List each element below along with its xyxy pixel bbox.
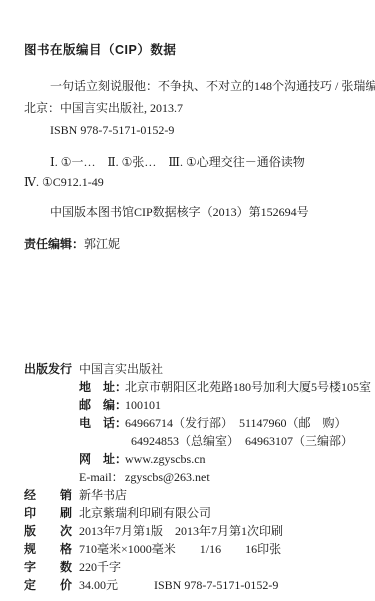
cip-record-line-3: ISBN 978-7-5171-0152-9: [24, 119, 365, 141]
pub-row-email: E-mail： zgyscbs@263.net: [0, 468, 375, 486]
pub-row-publisher: 出版发行 中国言实出版社: [0, 360, 375, 378]
pub-value-address: 北京市朝阳区北苑路180号加利大厦5号楼105室: [125, 378, 371, 396]
cip-record-line-1: 一句话立刻说服他：不争执、不对立的148个沟通技巧 / 张瑞编著. —: [24, 75, 365, 97]
pub-label-format: 规 格: [24, 540, 73, 558]
cip-record-number: 中国版本图书馆CIP数据核字（2013）第152694号: [24, 202, 365, 222]
editor-label: 责任编辑：: [24, 237, 84, 251]
pub-row-edition: 版 次 2013年7月第1版 2013年7月第1次印刷: [0, 522, 375, 540]
copyright-page: 图书在版编目（CIP）数据 一句话立刻说服他：不争执、不对立的148个沟通技巧 …: [0, 0, 375, 601]
pub-label-address: 地 址：: [79, 378, 125, 396]
pub-label-price: 定 价: [24, 576, 73, 594]
pub-value-printer: 北京紫瑞利印刷有限公司: [79, 504, 211, 522]
pub-value-publisher: 中国言实出版社: [79, 360, 163, 378]
cip-classification-line-1: Ⅰ. ①一… Ⅱ. ①张… Ⅲ. ①心理交往－通俗读物: [24, 152, 365, 172]
cip-classification: Ⅰ. ①一… Ⅱ. ①张… Ⅲ. ①心理交往－通俗读物 Ⅳ. ①C912.1-4…: [24, 152, 365, 192]
pub-label-postcode: 邮 编：: [79, 396, 125, 414]
pub-value-edition: 2013年7月第1版 2013年7月第1次印刷: [79, 522, 283, 540]
pub-row-phone-2: 64924853（总编室） 64963107（三编部）: [0, 432, 375, 450]
pub-value-email: zgyscbs@263.net: [125, 468, 210, 486]
pub-row-phone: 电 话： 64966714（发行部） 51147960（邮 购）: [0, 414, 375, 432]
pub-label-distributor: 经 销: [24, 486, 73, 504]
pub-value-distributor: 新华书店: [79, 486, 127, 504]
pub-row-wordcount: 字 数 220千字: [0, 558, 375, 576]
pub-row-address: 地 址： 北京市朝阳区北苑路180号加利大厦5号楼105室: [0, 378, 375, 396]
pub-value-phone-2: 64924853（总编室） 64963107（三编部）: [131, 432, 353, 450]
pub-row-distributor: 经 销 新华书店: [0, 486, 375, 504]
pub-label-wordcount: 字 数: [24, 558, 73, 576]
editor-line: 责任编辑：郭江妮: [24, 234, 365, 254]
pub-value-format: 710毫米×1000毫米 1/16 16印张: [79, 540, 281, 558]
editor-name: 郭江妮: [84, 237, 120, 251]
pub-row-postcode: 邮 编： 100101: [0, 396, 375, 414]
cip-record-paragraph: 一句话立刻说服他：不争执、不对立的148个沟通技巧 / 张瑞编著. — 北京：中…: [24, 75, 365, 141]
pub-label-edition: 版 次: [24, 522, 73, 540]
pub-value-postcode: 100101: [125, 396, 161, 414]
pub-label-publisher: 出版发行: [24, 360, 73, 378]
pub-label-phone: 电 话：: [79, 414, 125, 432]
pub-row-format: 规 格 710毫米×1000毫米 1/16 16印张: [0, 540, 375, 558]
cip-block: 图书在版编目（CIP）数据 一句话立刻说服他：不争执、不对立的148个沟通技巧 …: [24, 0, 365, 254]
pub-value-phone: 64966714（发行部） 51147960（邮 购）: [125, 414, 347, 432]
cip-record-number-row: 中国版本图书馆CIP数据核字（2013）第152694号: [24, 202, 365, 222]
pub-label-website: 网 址：: [79, 450, 125, 468]
pub-row-website: 网 址： www.zgyscbs.cn: [0, 450, 375, 468]
pub-label-printer: 印 刷: [24, 504, 73, 522]
cip-record-line-2: 北京：中国言实出版社, 2013.7: [24, 97, 365, 119]
pub-value-wordcount: 220千字: [79, 558, 121, 576]
publishing-info-block: 出版发行 中国言实出版社 地 址： 北京市朝阳区北苑路180号加利大厦5号楼10…: [0, 356, 375, 594]
cip-heading: 图书在版编目（CIP）数据: [24, 40, 365, 58]
pub-row-price: 定 价 34.00元 ISBN 978-7-5171-0152-9: [0, 576, 375, 594]
pub-value-website: www.zgyscbs.cn: [125, 450, 206, 468]
cip-classification-line-2: Ⅳ. ①C912.1-49: [24, 172, 365, 192]
pub-value-price: 34.00元 ISBN 978-7-5171-0152-9: [79, 576, 278, 594]
pub-row-printer: 印 刷 北京紫瑞利印刷有限公司: [0, 504, 375, 522]
pub-label-email: E-mail：: [79, 468, 125, 486]
